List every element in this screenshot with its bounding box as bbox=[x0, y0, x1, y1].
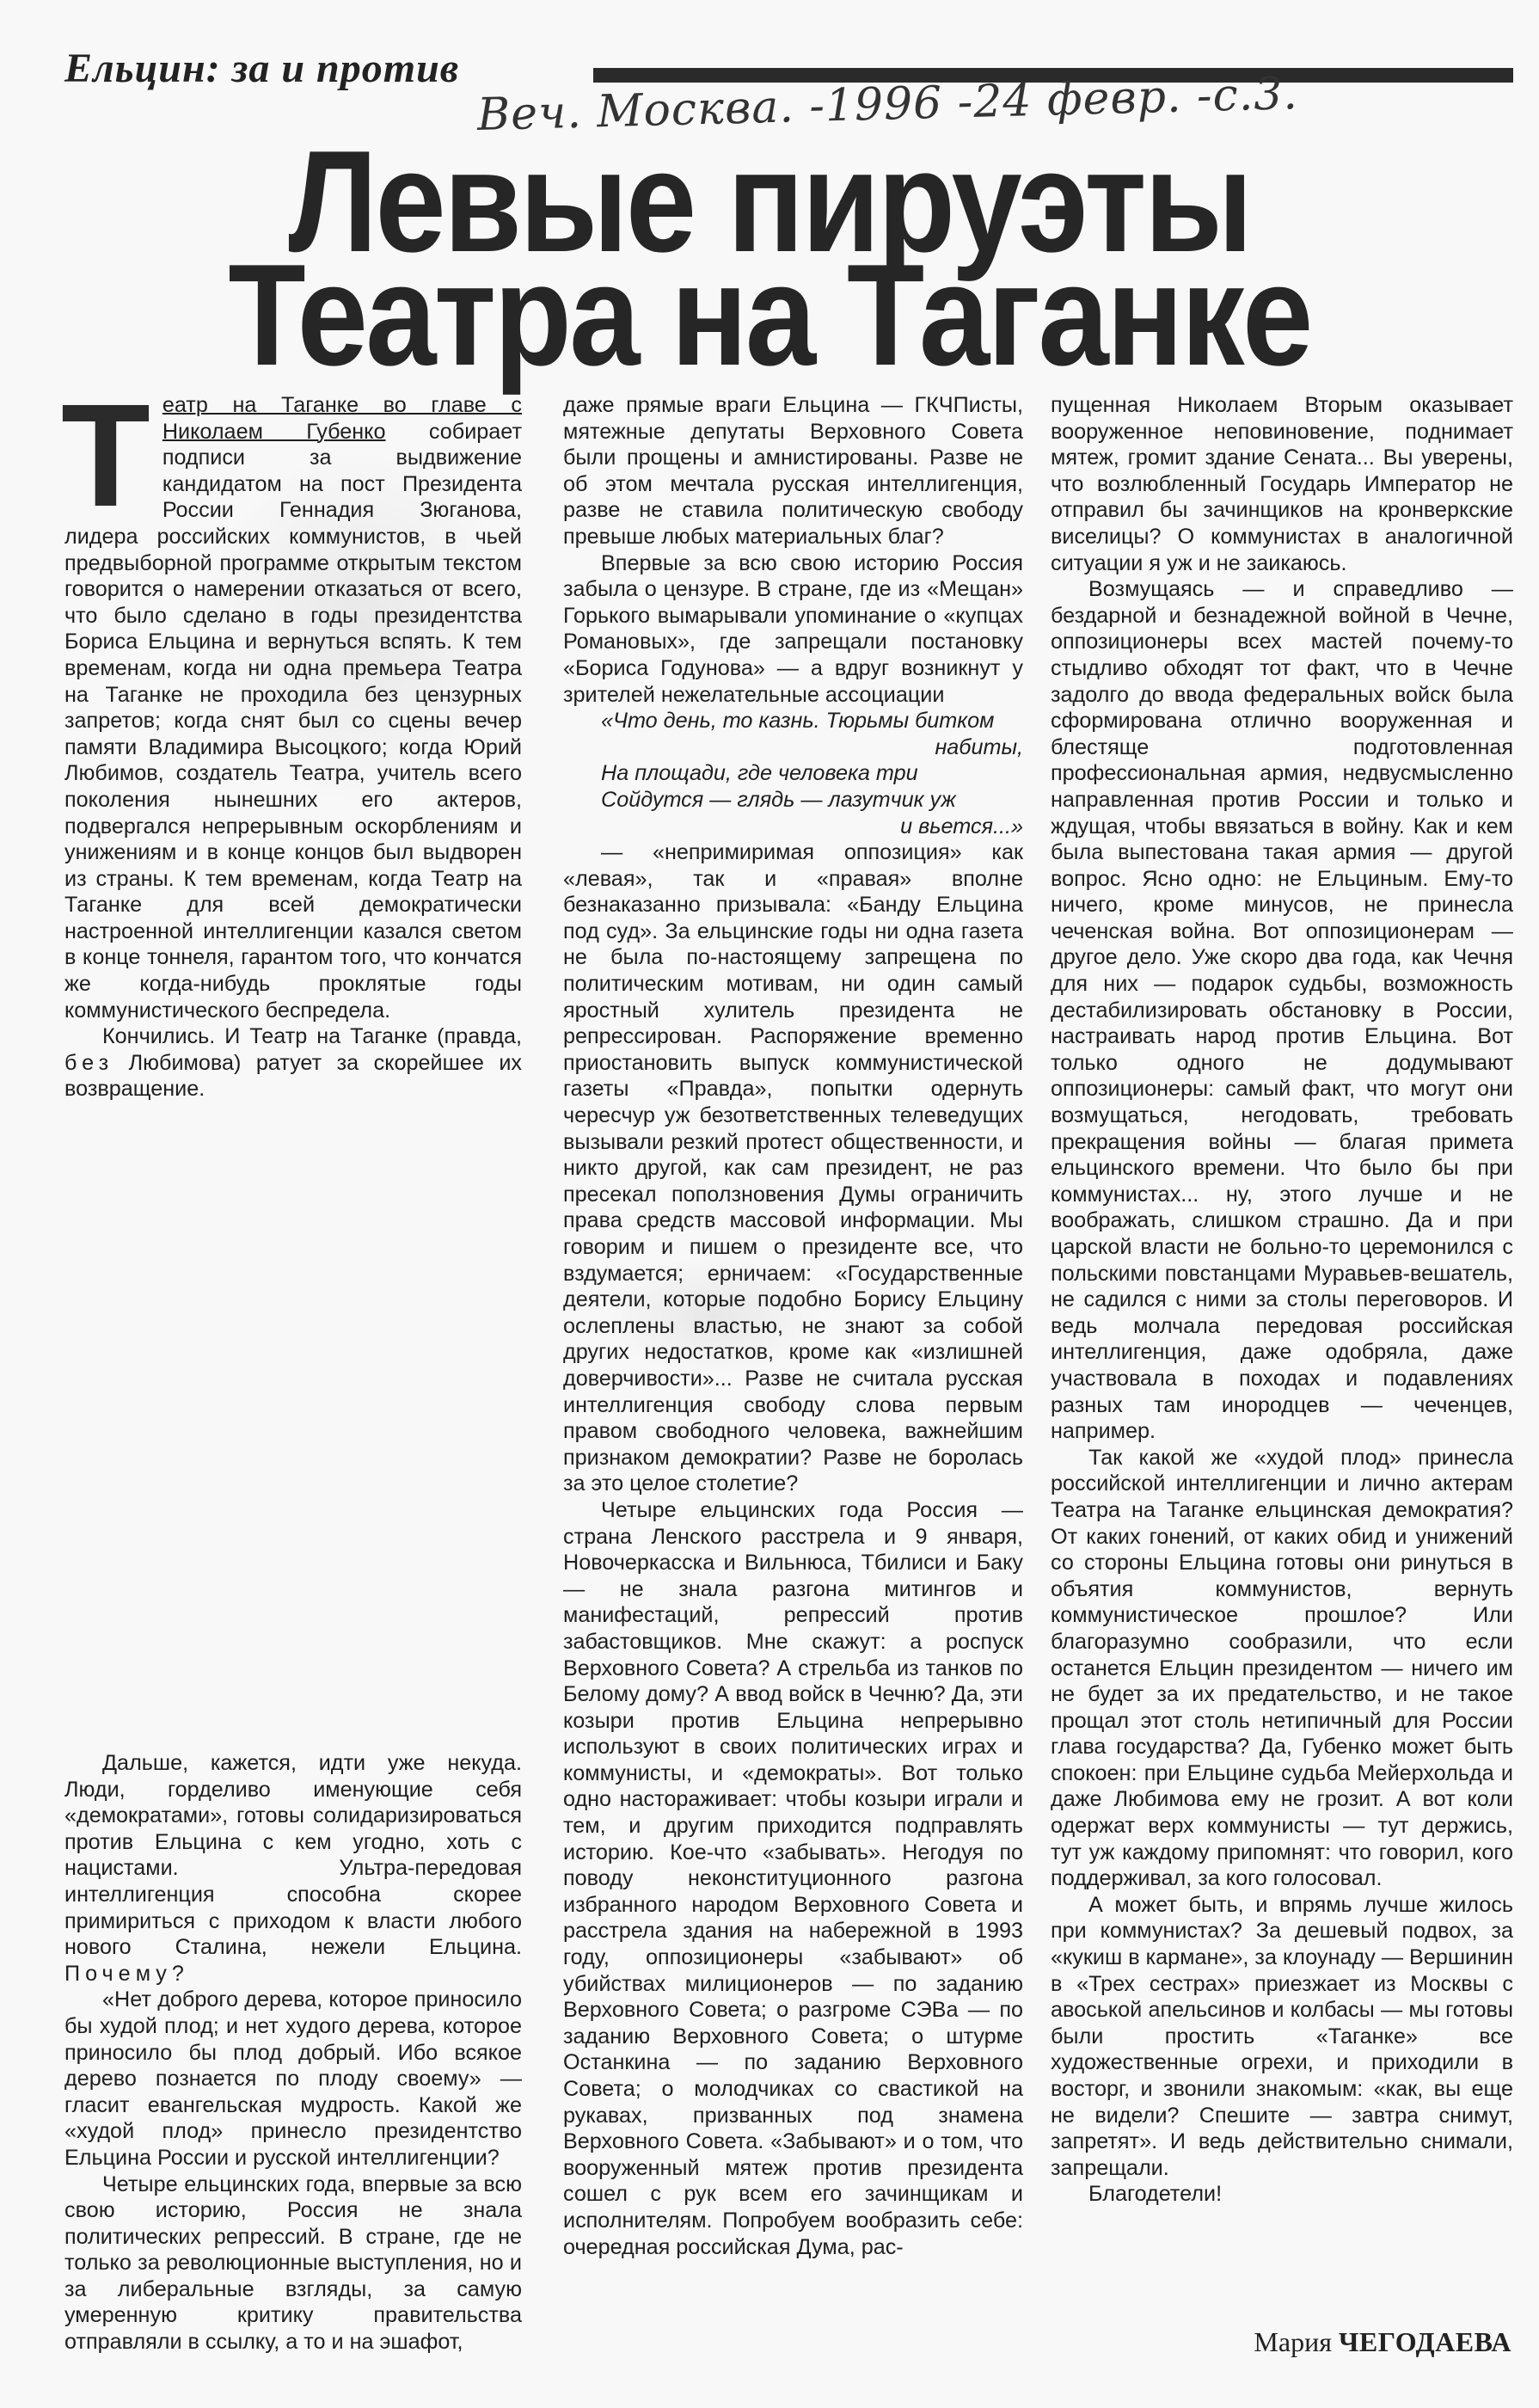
drop-cap: Т bbox=[61, 397, 150, 518]
author-first-name: Мария bbox=[1254, 2326, 1332, 2357]
paragraph-text: Дальше, кажется, идти уже некуда. Люди, … bbox=[64, 1751, 522, 1959]
paragraph: Дальше, кажется, идти уже некуда. Люди, … bbox=[64, 1750, 522, 1987]
verse-line: Сойдутся — глядь — лазутчик уж bbox=[563, 787, 1023, 814]
verse-quote: «Что день, то казнь. Тюрьмы битком набит… bbox=[563, 708, 1023, 839]
paragraph: пущенная Николаем Вторым оказывает воору… bbox=[1051, 392, 1513, 576]
section-rubric: Ельцин: за и против bbox=[64, 45, 459, 92]
headline-line-2: Театра на Таганке bbox=[92, 243, 1446, 387]
paragraph: Кончились. И Театр на Таганке (правда, б… bbox=[64, 1023, 522, 1103]
verse-line: набиты, bbox=[563, 734, 1023, 761]
spaced-emphasis: без bbox=[64, 1051, 113, 1075]
paragraph: Возмущаясь — и справедливо — бездарной и… bbox=[1051, 576, 1513, 1445]
author-signature: Мария ЧЕГОДАЕВА bbox=[1254, 2326, 1511, 2358]
paragraph: «Нет доброго дерева, которое приносило б… bbox=[64, 1987, 522, 2171]
paragraph: Так какой же «худой плод» принесла росси… bbox=[1051, 1445, 1513, 1892]
paragraph: Четыре ельцинских года, впервые за всю с… bbox=[64, 2171, 522, 2356]
article-column-2: даже прямые враги Ельцина — ГКЧПисты, мя… bbox=[563, 392, 1023, 2260]
verse-line: и вьется...» bbox=[563, 814, 1023, 840]
paragraph-text: Любимова) ратует за скорейшее их возвращ… bbox=[64, 1051, 522, 1102]
paragraph: — «непримиримая оппозиция» как «левая», … bbox=[563, 839, 1023, 1497]
author-surname: ЧЕГОДАЕВА bbox=[1339, 2326, 1511, 2357]
paragraph: Впервые за всю свою историю Россия забыл… bbox=[563, 550, 1023, 709]
paragraph: А может быть, и впрямь лучше жилось при … bbox=[1051, 1892, 1513, 2182]
article-column-1-bottom: Дальше, кажется, идти уже некуда. Люди, … bbox=[64, 1750, 522, 2356]
spaced-emphasis: Почему? bbox=[64, 1962, 189, 1986]
paragraph: Театр на Таганке во главе с Николаем Губ… bbox=[64, 392, 522, 1023]
verse-line: «Что день, то казнь. Тюрьмы битком bbox=[563, 708, 1023, 734]
article-column-1-top: Театр на Таганке во главе с Николаем Губ… bbox=[64, 392, 522, 1103]
paragraph: Благодетели! bbox=[1051, 2181, 1513, 2208]
paragraph: даже прямые враги Ельцина — ГКЧПисты, мя… bbox=[563, 392, 1023, 550]
article-column-3: пущенная Николаем Вторым оказывает воору… bbox=[1051, 392, 1513, 2208]
paragraph: Четыре ельцинских года Россия — страна Л… bbox=[563, 1497, 1023, 2260]
verse-line: На площади, где человека три bbox=[563, 760, 1023, 787]
paragraph-text: Кончились. И Театр на Таганке (правда, bbox=[102, 1024, 522, 1048]
